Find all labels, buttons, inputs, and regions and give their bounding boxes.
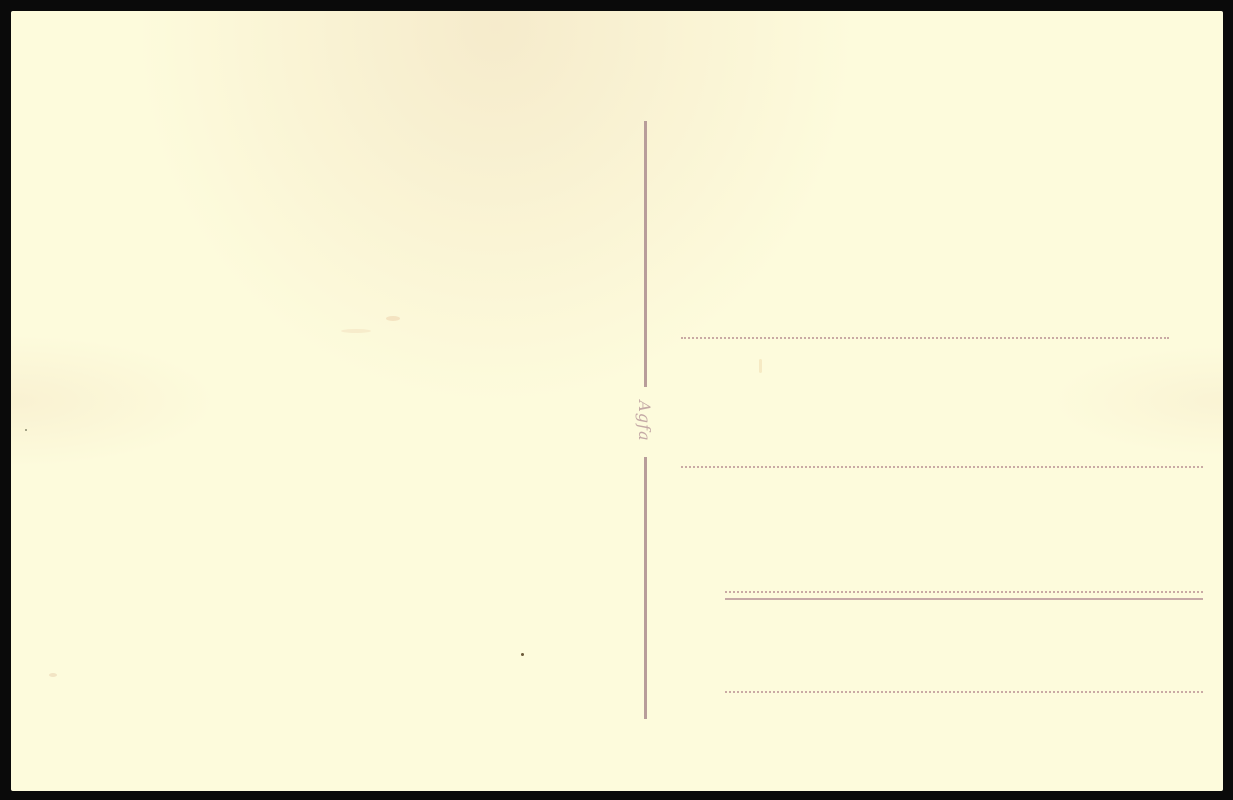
center-divider-bottom bbox=[644, 457, 647, 719]
paper-speck bbox=[25, 429, 27, 431]
paper-stain bbox=[759, 359, 762, 373]
address-line-4 bbox=[725, 691, 1203, 693]
address-line-3-underline bbox=[725, 598, 1203, 600]
paper-stain bbox=[341, 329, 371, 333]
address-line-3 bbox=[725, 591, 1203, 593]
postcard-back: Agfa bbox=[11, 11, 1223, 791]
brand-mark: Agfa bbox=[620, 399, 670, 443]
center-divider-top bbox=[644, 121, 647, 387]
paper-speck bbox=[521, 653, 524, 656]
paper-stain bbox=[386, 316, 400, 321]
paper-stain bbox=[49, 673, 57, 677]
address-line-1 bbox=[681, 337, 1169, 339]
address-line-2 bbox=[681, 466, 1203, 468]
